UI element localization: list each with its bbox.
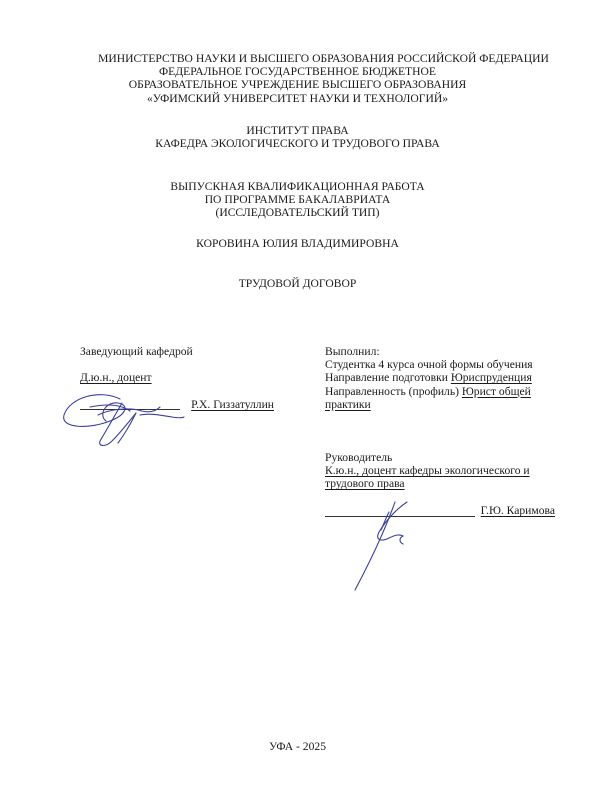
profile-value-continued: практики [325,398,565,411]
head-title: Заведующий кафедрой [80,345,290,358]
student-direction: Направление подготовки Юриспруденция [325,371,565,384]
thesis-topic: ТРУДОВОЙ ДОГОВОР [0,277,595,290]
student-label: Выполнил: [325,345,565,358]
institute-name: ИНСТИТУТ ПРАВА [0,124,595,137]
thesis-line: (ИССЛЕДОВАТЕЛЬСКИЙ ТИП) [0,206,595,219]
thesis-type: ВЫПУСКНАЯ КВАЛИФИКАЦИОННАЯ РАБОТА ПО ПРО… [0,180,595,220]
header-line: ОБРАЗОВАТЕЛЬНОЕ УЧРЕЖДЕНИЕ ВЫСШЕГО ОБРАЗ… [0,78,595,91]
student-course: Студентка 4 курса очной формы обучения [325,358,565,371]
profile-value: Юрист общей [462,385,531,398]
direction-label: Направление подготовки [325,371,448,384]
head-degree: Д.ю.н., доцент [80,371,290,384]
header-line: «УФИМСКИЙ УНИВЕРСИТЕТ НАУКИ И ТЕХНОЛОГИЙ… [0,92,595,105]
signature-line [80,409,180,410]
student-profile: Направленность (профиль) Юрист общей [325,385,565,398]
signature-line [325,516,475,517]
direction-value: Юриспруденция [451,371,532,384]
head-of-department-block: Заведующий кафедрой Д.ю.н., доцент Р.Х. … [80,345,290,413]
ministry-header: МИНИСТЕРСТВО НАУКИ И ВЫСШЕГО ОБРАЗОВАНИЯ… [0,52,595,105]
city-year: УФА - 2025 [0,740,595,753]
profile-label: Направленность (профиль) [325,385,459,398]
head-signature-row: Р.Х. Гиззатуллин [80,397,274,413]
student-block: Выполнил: Студентка 4 курса очной формы … [325,345,565,520]
author-name: КОРОВИНА ЮЛИЯ ВЛАДИМИРОВНА [0,237,595,250]
head-name: Р.Х. Гиззатуллин [191,398,274,411]
title-page: МИНИСТЕРСТВО НАУКИ И ВЫСШЕГО ОБРАЗОВАНИЯ… [0,0,595,792]
thesis-line: ПО ПРОГРАММЕ БАКАЛАВРИАТА [0,193,595,206]
supervisor-name: Г.Ю. Каримова [481,504,555,517]
supervisor-position-continued: трудового права [325,477,565,490]
header-line: МИНИСТЕРСТВО НАУКИ И ВЫСШЕГО ОБРАЗОВАНИЯ… [0,52,595,65]
thesis-line: ВЫПУСКНАЯ КВАЛИФИКАЦИОННАЯ РАБОТА [0,180,595,193]
department-name: КАФЕДРА ЭКОЛОГИЧЕСКОГО И ТРУДОВОГО ПРАВА [0,137,595,150]
supervisor-label: Руководитель [325,451,565,464]
supervisor-position: К.ю.н., доцент кафедры экологического и [325,464,565,477]
header-line: ФЕДЕРАЛЬНОЕ ГОСУДАРСТВЕННОЕ БЮДЖЕТНОЕ [0,65,595,78]
institute-block: ИНСТИТУТ ПРАВА КАФЕДРА ЭКОЛОГИЧЕСКОГО И … [0,124,595,150]
supervisor-signature-row: Г.Ю. Каримова [325,504,555,520]
